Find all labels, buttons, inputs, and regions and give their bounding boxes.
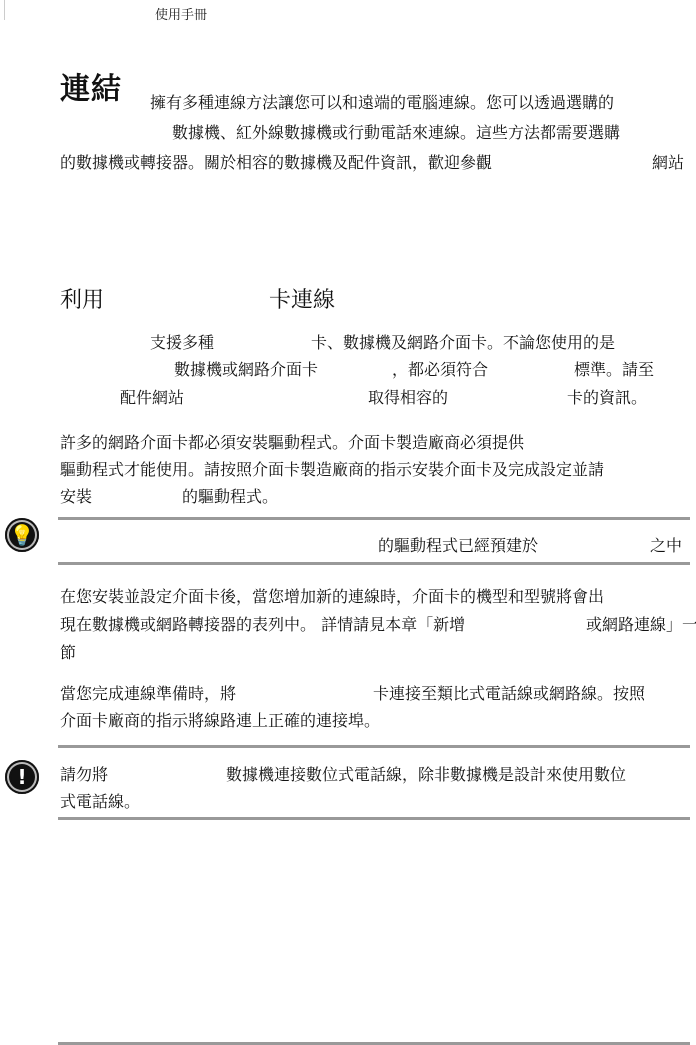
p4-line-2: 介面卡廠商的指示將線路連上正確的連接埠。 bbox=[60, 708, 380, 731]
section-title-connect: 連結 bbox=[60, 64, 122, 108]
warning-top-rule bbox=[58, 745, 690, 748]
title-part-2: 卡連線 bbox=[269, 288, 335, 313]
running-header: 使用手冊 bbox=[155, 4, 207, 23]
warning-bottom-rule bbox=[58, 817, 690, 820]
p3-line-2a: 現在數據機或網路轉接器的表列中。 詳情請見本章「新增 bbox=[60, 612, 465, 635]
p1-line-2b: ，都必須符合 bbox=[392, 357, 488, 380]
p3-line-3: 節 bbox=[60, 640, 76, 663]
tip-bottom-rule bbox=[58, 562, 690, 565]
tip-text-a: 的驅動程式已經預建於 bbox=[378, 533, 538, 556]
p4-line-1a: 當您完成連線準備時，將 bbox=[60, 681, 236, 704]
tip-top-rule bbox=[58, 517, 690, 520]
exclamation-icon: ! bbox=[5, 760, 39, 794]
p2-line-1: 許多的網路介面卡都必須安裝驅動程式。介面卡製造廠商必須提供 bbox=[60, 430, 524, 453]
p1-line-3c: 卡的資訊。 bbox=[567, 385, 647, 408]
p2-line-3a: 安裝 bbox=[60, 484, 92, 507]
page-edge-rule bbox=[4, 0, 5, 20]
intro-line-3-website: 網站 bbox=[652, 150, 684, 173]
p3-line-2b: 或網路連線」一 bbox=[586, 612, 696, 635]
p1-line-3a: 配件網站 bbox=[120, 385, 184, 408]
p2-line-2: 驅動程式才能使用。請按照介面卡製造廠商的指示安裝介面卡及完成設定並請 bbox=[60, 457, 604, 480]
intro-line-3: 的數據機或轉接器。關於相容的數據機及配件資訊，歡迎參觀 bbox=[60, 150, 492, 173]
p1-line-1b: 卡、數據機及網路介面卡。不論您使用的是 bbox=[311, 330, 615, 353]
p1-line-2c: 標準。請至 bbox=[574, 357, 654, 380]
tip-text-b: 之中 bbox=[650, 533, 682, 556]
p3-line-1: 在您安裝並設定介面卡後，當您增加新的連線時，介面卡的機型和型號將會出 bbox=[60, 584, 604, 607]
section-title-card-connect: 利用卡連線 bbox=[60, 283, 335, 314]
warning-line-1a: 請勿將 bbox=[60, 762, 108, 785]
lightbulb-icon: 💡 bbox=[5, 518, 39, 552]
p4-line-1b: 卡連接至類比式電話線或網路線。按照 bbox=[373, 681, 645, 704]
p1-line-2a: 數據機或網路介面卡 bbox=[150, 357, 318, 380]
p2-line-3b: 的驅動程式。 bbox=[182, 484, 278, 507]
p1-line-3b: 取得相容的 bbox=[368, 385, 448, 408]
intro-line-1: 擁有多種連線方法讓您可以和遠端的電腦連線。您可以透過選購的 bbox=[150, 90, 614, 113]
intro-line-2: 數據機、紅外線數據機或行動電話來連線。這些方法都需要選購 bbox=[172, 120, 620, 143]
warning-line-1b: 數據機連接數位式電話線，除非數據機是設計來使用數位 bbox=[226, 762, 626, 785]
warning-line-2: 式電話線。 bbox=[60, 789, 140, 812]
title-part-1: 利用 bbox=[60, 288, 104, 313]
p1-line-1a: 支援多種 bbox=[150, 330, 214, 353]
